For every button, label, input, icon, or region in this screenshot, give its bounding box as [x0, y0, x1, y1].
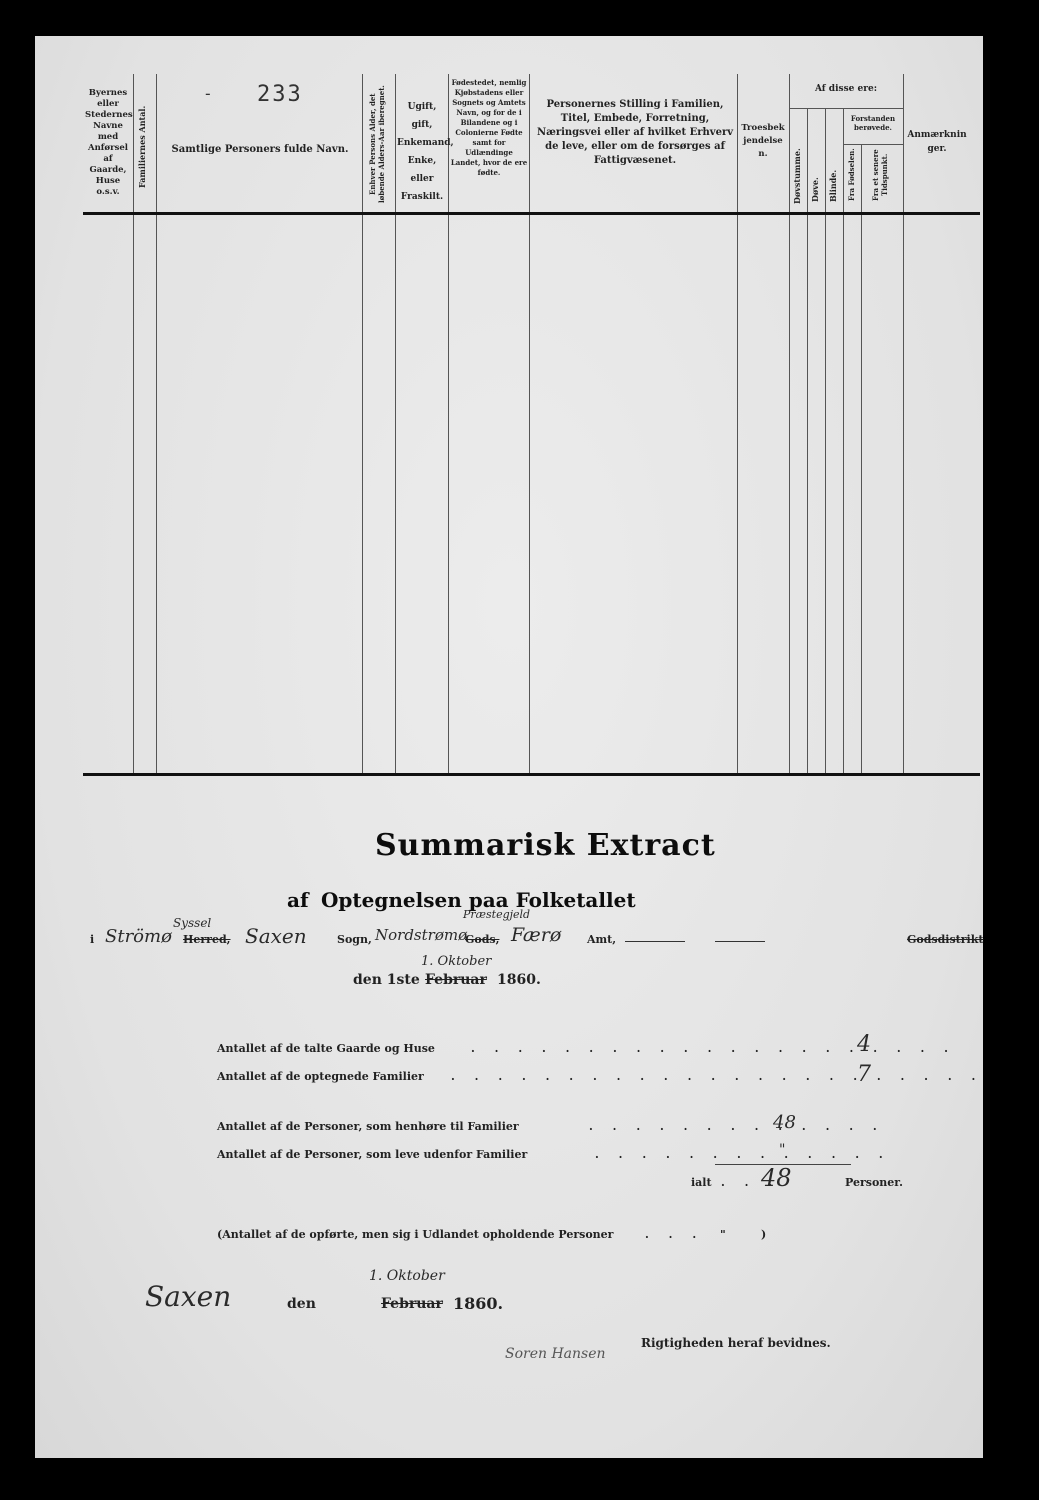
header-rule — [83, 212, 980, 215]
count-label: Antallet af de talte Gaarde og Huse — [217, 1042, 435, 1055]
count-label: Antallet af de Personer, som henhøre til… — [217, 1120, 519, 1133]
header-insane-group: Forstanden berøvede. — [845, 114, 901, 132]
place-handwritten: Saxen — [145, 1280, 231, 1313]
header-deaf: Døve. — [811, 176, 820, 204]
count-value: " — [779, 1142, 785, 1158]
header-blind: Blinde. — [829, 168, 838, 204]
count-label: Antallet af de Personer, som leve udenfo… — [217, 1148, 527, 1161]
header-occupation: Personernes Stilling i Familien, Titel, … — [535, 98, 735, 168]
header-age: Enhver Persons Alder, det løbende Alders… — [368, 80, 390, 208]
blank-dash — [625, 941, 685, 942]
leader-dots: . . . . . . . . . . . . . . . . . . . . … — [451, 1070, 983, 1083]
date-month-handwritten: 1. Oktober — [421, 954, 491, 969]
parish-label: Sogn, — [337, 933, 372, 946]
header-from-birth: Fra Fødselen. — [847, 146, 856, 204]
count-value: 48 — [773, 1112, 796, 1133]
abroad-close: ) — [761, 1228, 766, 1241]
summary-subtitle-prefix: af — [287, 888, 309, 912]
date-month-struck: Februar — [425, 972, 487, 988]
place-den: den — [287, 1296, 316, 1312]
gods-superscript: Præstegjeld — [463, 908, 530, 921]
header-marital: Ugift, gift, Enkemand, Enke, eller Frask… — [397, 98, 447, 206]
gods-handwritten: Nordstrømø — [375, 926, 467, 944]
count-value: 4 — [857, 1032, 871, 1057]
leader-dots: . . . — [645, 1228, 704, 1241]
leader-dots: . . . . . . . . . . . . . — [595, 1148, 891, 1161]
abroad-label: (Antallet af de opførte, men sig i Udlan… — [217, 1228, 613, 1241]
header-names: Samtlige Personers fulde Navn. — [158, 144, 362, 155]
herred-handwritten: Syssel — [173, 916, 211, 930]
header-deaf-mute: Døvstumme. — [793, 154, 802, 204]
leader-dots: . . . . . . . . . . . . . — [589, 1120, 885, 1133]
abroad-value: " — [720, 1228, 726, 1241]
header-place: Byernes eller Stedernes Navne med Anførs… — [85, 88, 131, 198]
header-later: Fra et senere Tidspunkt. — [871, 146, 891, 204]
count-value: 7 — [857, 1062, 871, 1087]
count-label: Antallet af de optegnede Familier — [217, 1070, 424, 1083]
header-religion: Troesbekjendelsen. — [741, 122, 785, 161]
blank-dash-2 — [715, 941, 765, 942]
herred-struck: Herred, — [183, 933, 231, 946]
place-month-struck: Februar — [381, 1296, 443, 1312]
header-of-these: Af disse ere: — [791, 84, 901, 95]
parish-handwritten: Saxen — [245, 924, 307, 948]
place-day-handwritten: 1. Oktober — [369, 1268, 445, 1284]
total-value: 48 — [761, 1164, 792, 1192]
header-birthplace: Fødestedet, nemlig Kjøbstadens eller Sog… — [450, 78, 528, 178]
amt-label: Amt, — [587, 933, 616, 946]
date-year: 1860. — [497, 972, 541, 988]
certification-text: Rigtigheden heraf bevidnes. — [641, 1336, 831, 1350]
page-dash: - — [203, 84, 215, 103]
census-page: - 233 Byernes eller Stedernes Navne med … — [35, 36, 983, 1458]
header-remarks: Anmærkninger. — [907, 128, 967, 156]
signature: Soren Hansen — [505, 1346, 606, 1362]
godsdistrikt-struck: Godsdistrikt — [907, 933, 983, 946]
leader-dots: . . . . . . . . . . . . . . . . . . . . … — [471, 1042, 956, 1055]
location-prefix: i — [90, 933, 94, 946]
gods-struck: Gods, — [465, 933, 499, 946]
summary-title: Summarisk Extract — [375, 828, 716, 863]
total-unit: Personer. — [845, 1176, 903, 1189]
table-bottom-rule — [83, 773, 980, 776]
header-families: Familiernes Antal. — [138, 92, 147, 202]
place-year: 1860. — [453, 1294, 503, 1313]
amt-handwritten: Færø — [511, 924, 561, 946]
total-label: ialt — [691, 1176, 712, 1189]
date-prefix: den 1ste — [353, 972, 420, 988]
page-number: 233 — [257, 82, 303, 107]
district-handwritten: Strömø — [105, 926, 172, 947]
